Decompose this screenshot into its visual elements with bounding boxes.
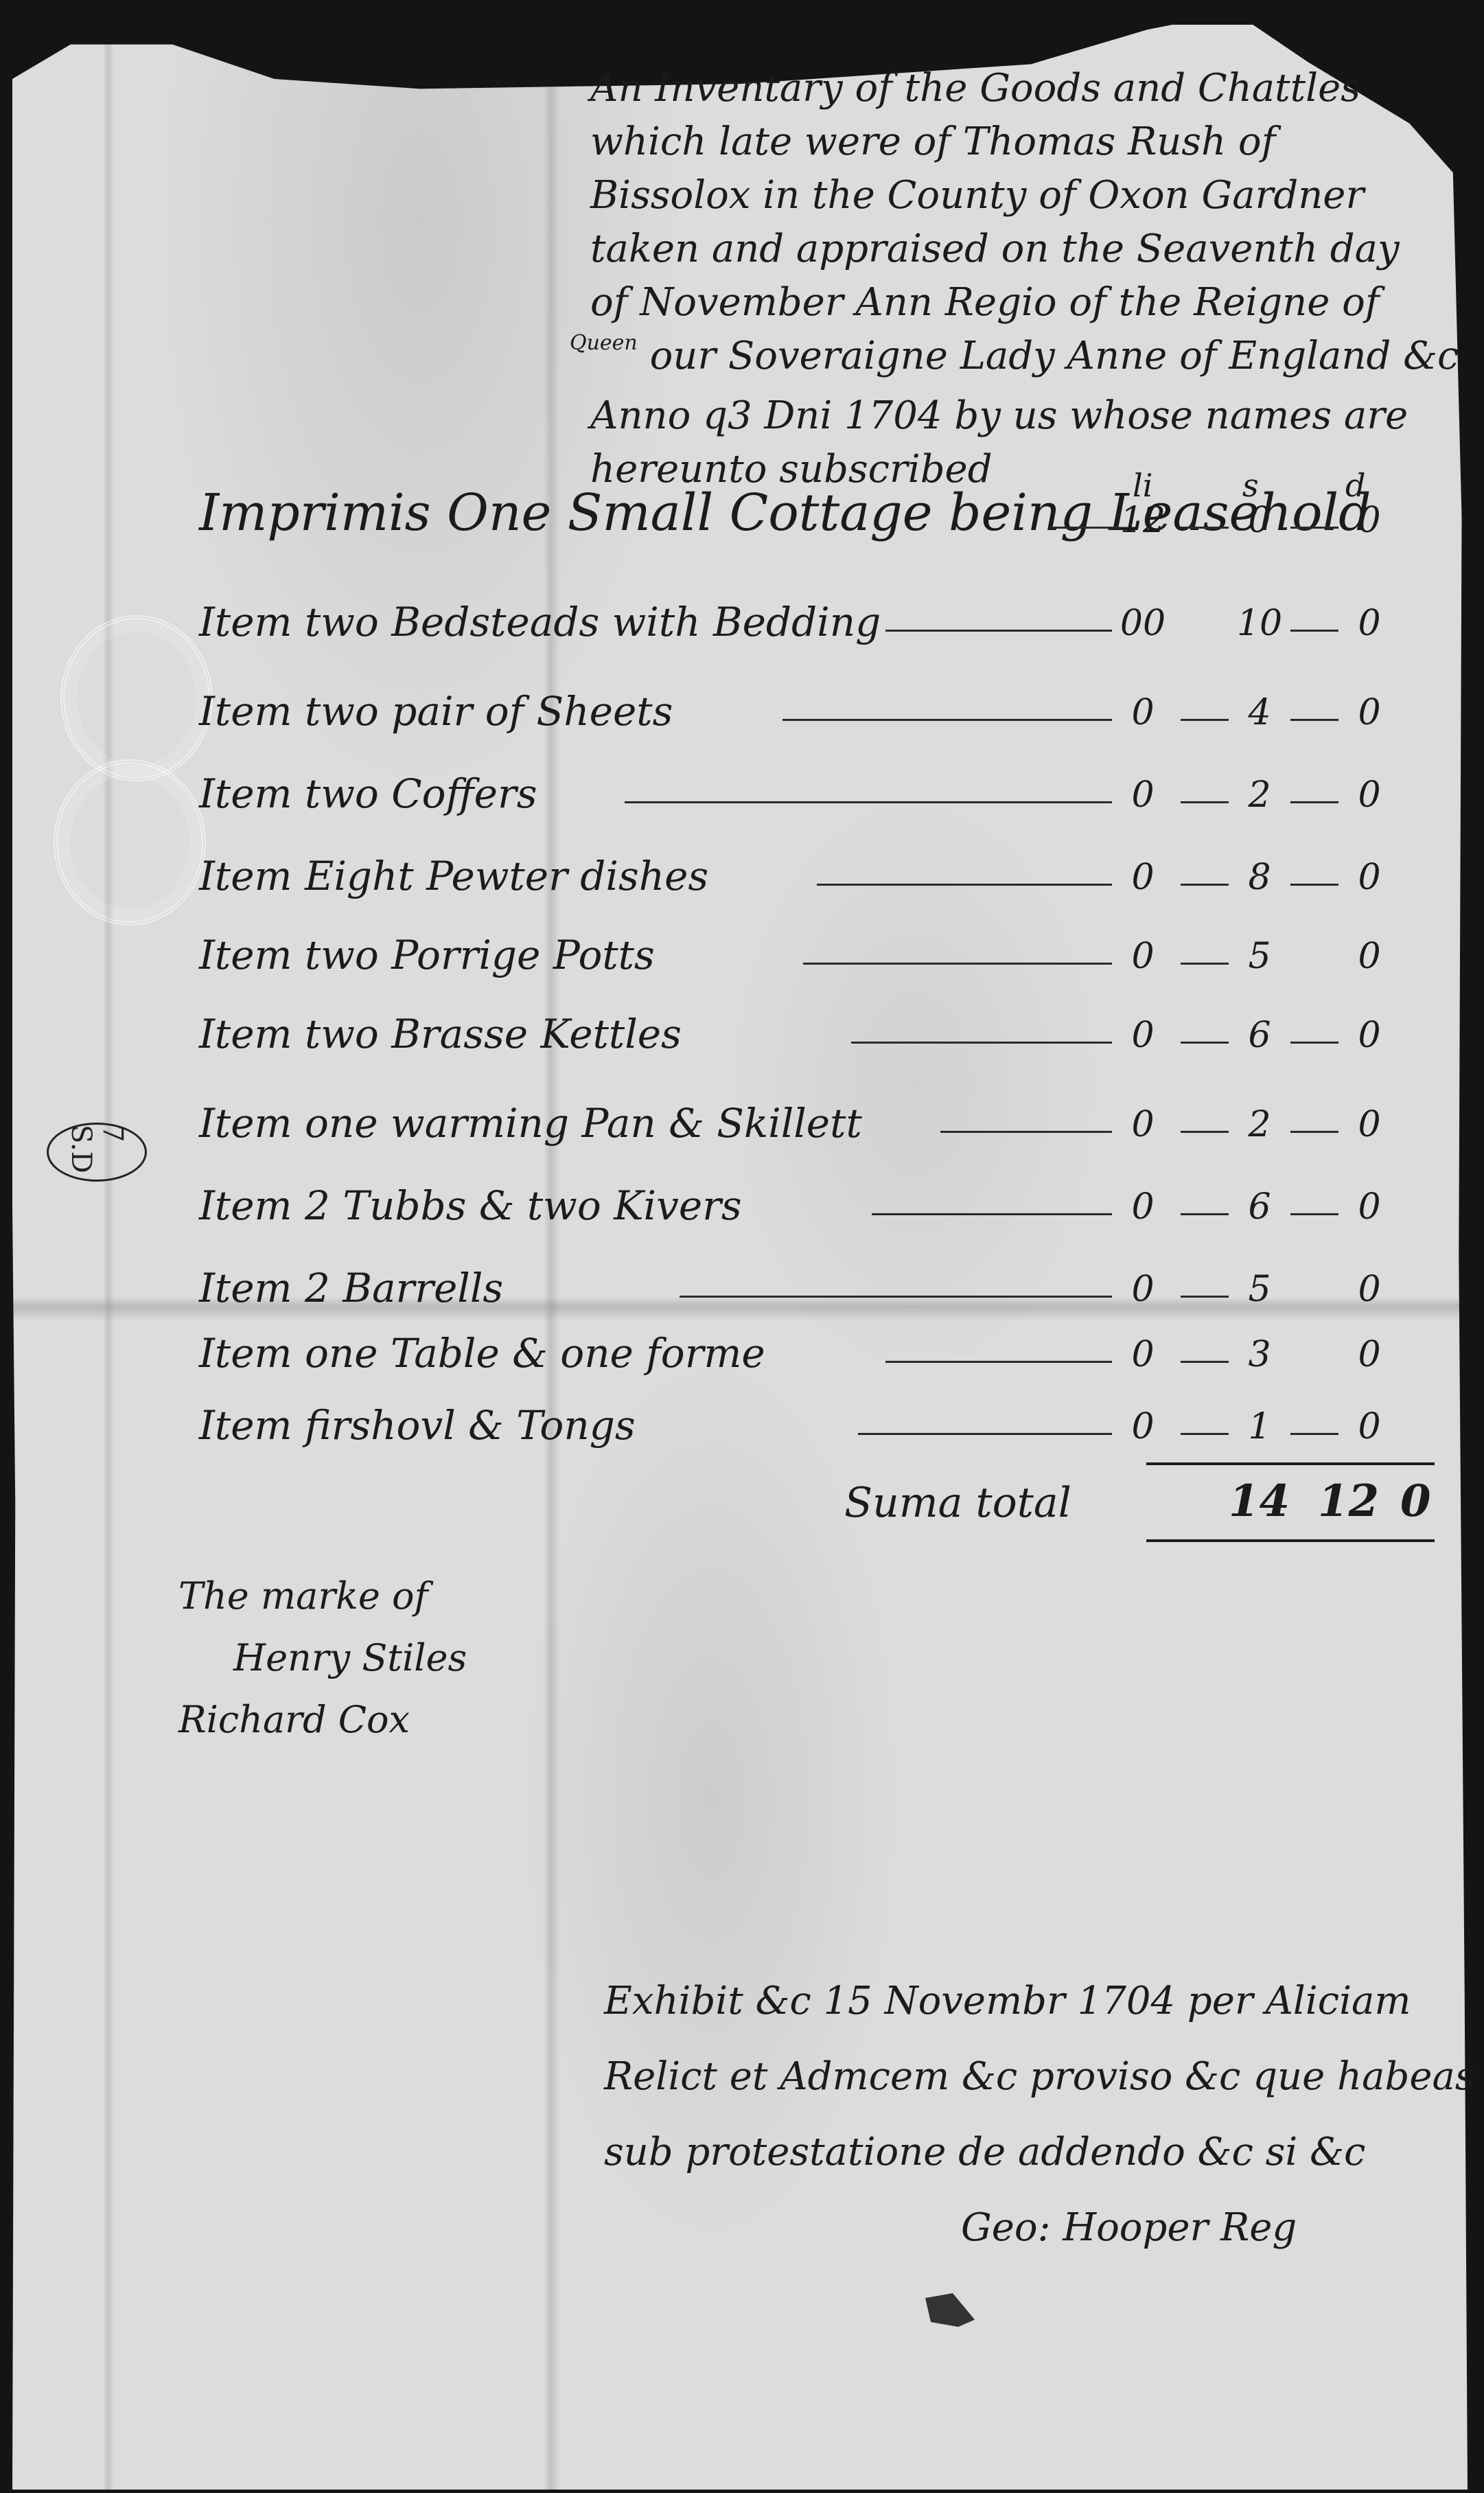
item-pence: 0 bbox=[1338, 1334, 1400, 1375]
total-shillings: 12 bbox=[1318, 1475, 1379, 1527]
item-label: Item firshovl & Tongs bbox=[199, 1402, 636, 1449]
heading-line: of November Ann Regio of the Reigne of bbox=[590, 276, 1441, 330]
item-pence: 0 bbox=[1338, 1186, 1400, 1228]
item-pounds: 0 bbox=[1112, 1334, 1174, 1375]
inventory-item: Item two Brasse Kettles 0 6 0 bbox=[199, 1002, 1435, 1064]
inventory-item: Item one warming Pan & Skillett 0 2 0 bbox=[199, 1092, 1435, 1153]
appraiser-signatures: The marke of Henry Stiles Richard Cox bbox=[178, 1565, 467, 1751]
inventory-item: Item two Bedsteads with Bedding 00 10 0 bbox=[199, 590, 1435, 652]
item-label: Item two Bedsteads with Bedding bbox=[199, 599, 881, 645]
signature-richard-cox: Richard Cox bbox=[178, 1689, 467, 1751]
item-pence: 0 bbox=[1338, 936, 1400, 977]
total-pounds: 14 bbox=[1229, 1475, 1290, 1527]
inventory-item: Item 2 Tubbs & two Kivers 0 6 0 bbox=[199, 1174, 1435, 1236]
item-shillings: 5 bbox=[1229, 1269, 1290, 1310]
heading-line: Bissolox in the County of Oxon Gardner bbox=[590, 169, 1441, 222]
embossed-duty-stamp bbox=[54, 759, 206, 926]
item-pounds: 0 bbox=[1112, 1015, 1174, 1056]
item-shillings: 10 bbox=[1229, 603, 1290, 644]
probate-exhibit-note: Exhibit &c 15 Novembr 1704 per Aliciam R… bbox=[604, 1964, 1484, 2266]
item-pence: 0 bbox=[1338, 857, 1400, 898]
inventory-item: Imprimis One Small Cottage being Leaseho… bbox=[199, 487, 1435, 549]
item-pounds: 00 bbox=[1112, 603, 1174, 644]
inventory-item: Item two Coffers 0 2 0 bbox=[199, 762, 1435, 824]
item-pence: 0 bbox=[1338, 1015, 1400, 1056]
item-pence: 0 bbox=[1338, 603, 1400, 644]
item-pounds: 0 bbox=[1112, 857, 1174, 898]
inventory-item: Item 2 Barrells 0 5 0 bbox=[199, 1256, 1435, 1318]
item-label: Item two Coffers bbox=[199, 770, 537, 817]
inventory-item: Item Eight Pewter dishes 0 8 0 bbox=[199, 845, 1435, 906]
item-label: Item two Porrige Potts bbox=[199, 932, 655, 978]
item-label: Item Eight Pewter dishes bbox=[199, 853, 708, 899]
inventory-item: Item two Porrige Potts 0 5 0 bbox=[199, 923, 1435, 985]
item-pence: 0 bbox=[1338, 774, 1400, 816]
item-shillings: 4 bbox=[1229, 692, 1290, 733]
item-pounds: 0 bbox=[1112, 1104, 1174, 1145]
exhibit-line: sub protestatione de addendo &c si &c bbox=[604, 2115, 1484, 2190]
item-pounds: 0 bbox=[1112, 1269, 1174, 1310]
item-shillings: 3 bbox=[1229, 1334, 1290, 1375]
sum-total-row: Suma total 14 12 0 bbox=[844, 1462, 1441, 1538]
total-pence: 0 bbox=[1400, 1475, 1431, 1527]
item-pence: 0 bbox=[1338, 1269, 1400, 1310]
exhibit-line: Exhibit &c 15 Novembr 1704 per Aliciam bbox=[604, 1964, 1484, 2039]
item-label: Item two Brasse Kettles bbox=[199, 1011, 682, 1057]
inventory-item: Item firshovl & Tongs 0 1 0 bbox=[199, 1394, 1435, 1456]
item-pence: 0 bbox=[1338, 692, 1400, 733]
heading-line: which late were of Thomas Rush of bbox=[590, 115, 1441, 169]
item-pence: 0 bbox=[1338, 1406, 1400, 1447]
item-pounds: 0 bbox=[1112, 692, 1174, 733]
signature-henry-stiles: Henry Stiles bbox=[178, 1627, 467, 1689]
heading-line: Anno q3 Dni 1704 by us whose names are bbox=[590, 389, 1441, 443]
item-shillings: 6 bbox=[1229, 1186, 1290, 1228]
item-label: Item one warming Pan & Skillett bbox=[199, 1100, 862, 1147]
item-shillings: 0 bbox=[1229, 500, 1290, 541]
item-pounds: 0 bbox=[1112, 936, 1174, 977]
item-shillings: 1 bbox=[1229, 1406, 1290, 1447]
item-label: Item one Table & one forme bbox=[199, 1330, 765, 1377]
item-shillings: 5 bbox=[1229, 936, 1290, 977]
registrar-signature: Geo: Hooper Reg bbox=[604, 2190, 1484, 2266]
embossed-duty-stamp bbox=[60, 615, 213, 781]
item-pounds: 0 bbox=[1112, 774, 1174, 816]
inventory-item: Item one Table & one forme 0 3 0 bbox=[199, 1322, 1435, 1383]
item-label: Item 2 Barrells bbox=[199, 1265, 503, 1311]
exhibit-line: Relict et Admcem &c proviso &c que habea… bbox=[604, 2039, 1484, 2115]
inventory-heading: An Inventary of the Goods and Chattles w… bbox=[590, 62, 1441, 496]
item-pence: 0 bbox=[1338, 1104, 1400, 1145]
inventory-item: Item two pair of Sheets 0 4 0 bbox=[199, 680, 1435, 742]
item-pounds: 0 bbox=[1112, 1406, 1174, 1447]
total-label: Suma total bbox=[844, 1479, 1071, 1527]
heading-line: Queen our Soveraigne Lady Anne of Englan… bbox=[590, 330, 1441, 389]
item-shillings: 8 bbox=[1229, 857, 1290, 898]
item-pence: 0 bbox=[1338, 500, 1400, 541]
item-label: Item two pair of Sheets bbox=[199, 688, 673, 735]
interlinear-note: Queen bbox=[570, 331, 638, 355]
item-label: Imprimis One Small Cottage being Leaseho… bbox=[199, 483, 1371, 542]
item-shillings: 2 bbox=[1229, 1104, 1290, 1145]
item-shillings: 6 bbox=[1229, 1015, 1290, 1056]
item-label: Item 2 Tubbs & two Kivers bbox=[199, 1182, 742, 1229]
item-pounds: 12 bbox=[1112, 500, 1174, 541]
heading-line: An Inventary of the Goods and Chattles bbox=[590, 62, 1441, 115]
heading-line: taken and appraised on the Seaventh day bbox=[590, 222, 1441, 276]
item-shillings: 2 bbox=[1229, 774, 1290, 816]
mark-label: The marke of bbox=[178, 1565, 467, 1627]
archive-margin-stamp: 7 S.D bbox=[47, 1123, 147, 1182]
item-pounds: 0 bbox=[1112, 1186, 1174, 1228]
